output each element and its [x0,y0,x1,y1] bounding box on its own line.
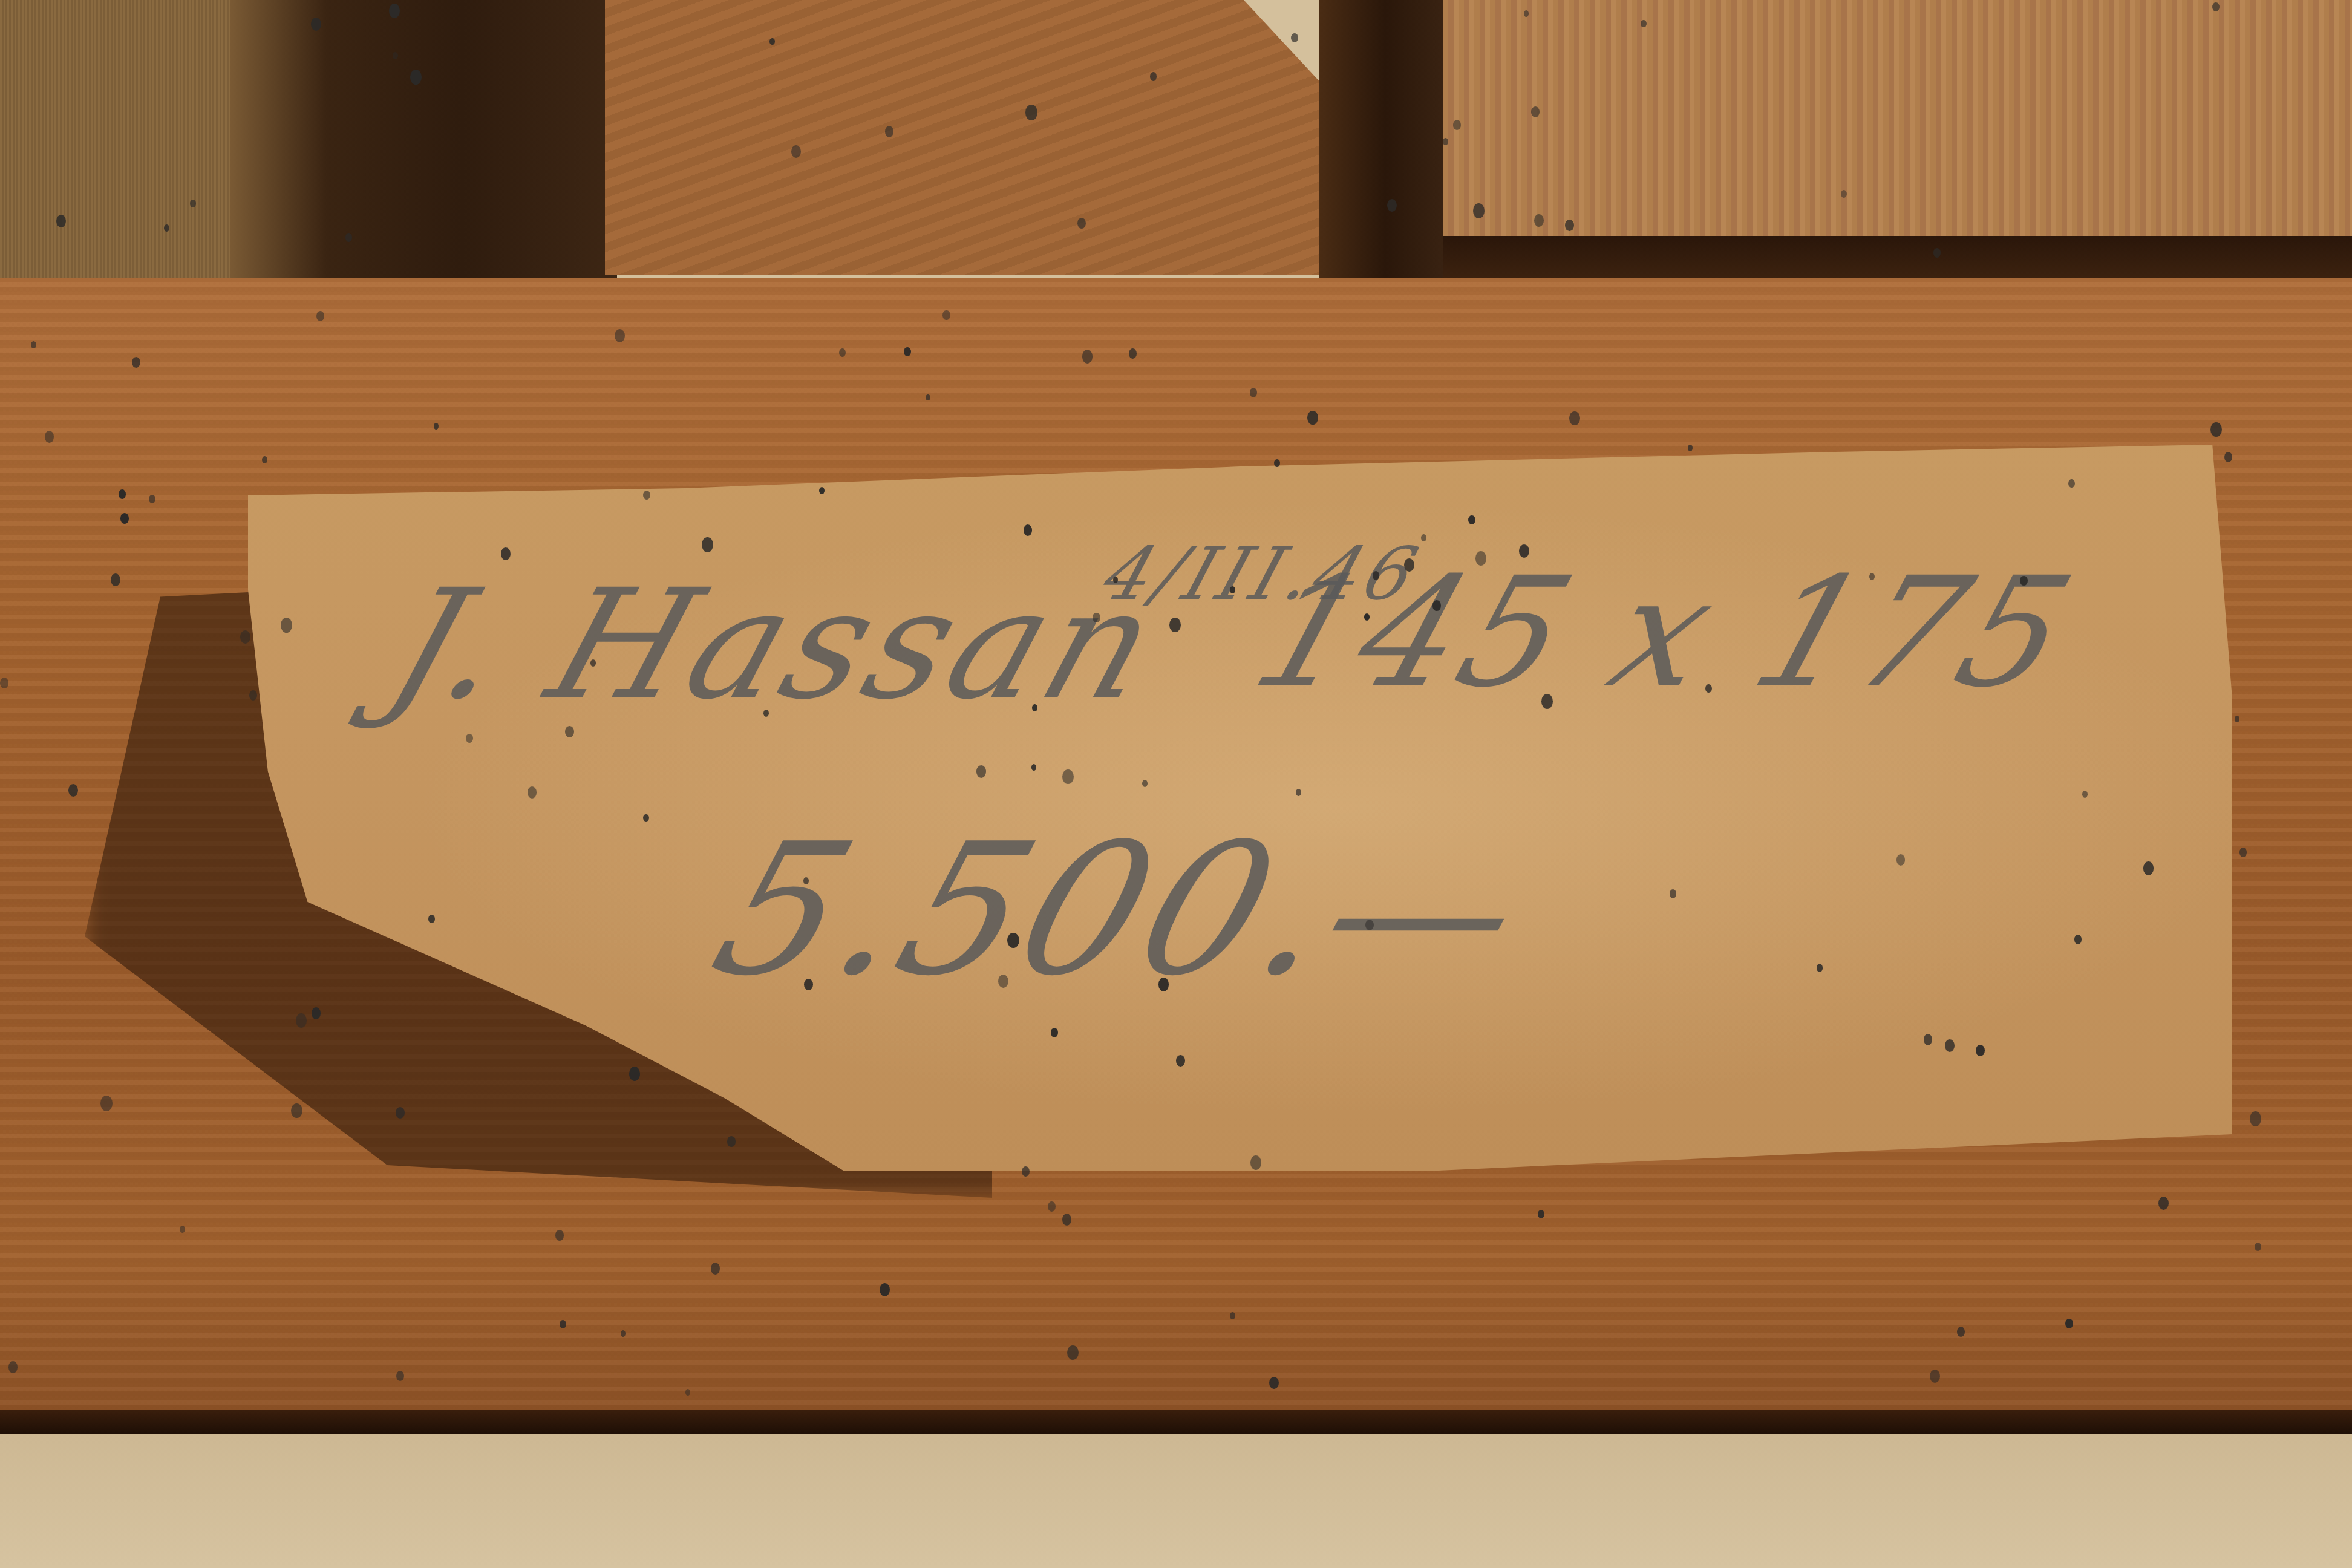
speck [1541,694,1553,709]
speck [132,357,140,368]
artist-name-text: J. Hassan [371,557,1181,733]
speck [1432,600,1441,611]
speck [1230,1312,1235,1319]
corner-key-block [605,0,1331,275]
speck [1670,889,1676,898]
speck [555,1230,564,1241]
stretcher-shadow [230,0,617,284]
speck [120,513,129,524]
speck [2158,1197,2169,1210]
speck [1032,704,1037,711]
speck [685,1389,690,1396]
speck [1062,1214,1071,1226]
speck [565,726,574,737]
speck [1933,248,1941,258]
speck [1569,411,1580,425]
speck [1365,920,1374,930]
speck [1534,214,1544,227]
speck [1473,203,1485,218]
speck [1250,388,1257,397]
speck [345,233,352,242]
speck [1093,613,1100,622]
speck [803,877,809,884]
speck [1443,138,1448,145]
speck [311,18,321,31]
price-text: 5.500.— [691,805,1553,1016]
speck [2255,1243,2261,1251]
speck [1453,120,1461,130]
speck [1705,684,1712,693]
speck [1307,411,1318,425]
speck [296,1013,307,1028]
speck [1475,551,1486,566]
speck [904,347,911,356]
speck [1113,577,1118,583]
speck [880,1283,890,1296]
speck [312,1007,321,1019]
speck [885,126,893,137]
speck [643,814,649,822]
speck [164,224,169,232]
speck [1150,72,1157,81]
speck [1565,220,1574,231]
speck [942,310,950,320]
speck [615,329,625,342]
speck [466,734,473,743]
speck [1468,515,1475,524]
speck [2239,848,2247,857]
speck [393,52,398,59]
speck [2210,422,2222,437]
speck [976,765,986,778]
speck [1291,33,1298,42]
speck [0,678,8,688]
speck [629,1067,640,1081]
speck [1269,1377,1279,1389]
speck [1817,964,1823,972]
speck [763,710,769,717]
speck [428,915,435,923]
speck [769,38,775,45]
speck [2020,576,2028,586]
speck [1007,933,1019,948]
speck [1067,1345,1079,1360]
speck [1841,190,1847,198]
speck [2082,791,2088,798]
speck [804,979,813,990]
speck [643,491,650,500]
speck [2065,1319,2073,1328]
speck [711,1263,720,1275]
speck [621,1330,626,1337]
speck [702,537,713,552]
speck [1274,459,1280,467]
speck [839,348,846,357]
speck [1158,978,1169,991]
speck [119,489,126,499]
speck [1538,1210,1544,1218]
speck [1169,618,1181,632]
wall-background [0,1434,2352,1568]
speck [149,495,155,503]
speck [111,573,120,586]
speck [2250,1111,2261,1126]
speck [1519,544,1529,558]
speck [1957,1327,1965,1337]
speck [180,1226,185,1233]
speck [1364,613,1370,621]
speck [819,487,825,494]
speck [1129,348,1137,359]
speck [590,659,596,667]
speck [2143,861,2154,875]
speck [396,1107,405,1119]
speck [1421,534,1426,541]
speck [389,4,400,18]
speck [1062,769,1074,784]
speck [1524,10,1529,17]
speck [1051,1028,1058,1037]
speck [1641,20,1647,27]
gap-shadow [1319,0,1452,278]
stretcher-bar-vertical [1443,0,2352,242]
speck [1077,218,1086,229]
speck [1031,764,1036,771]
speck [727,1136,736,1147]
speck [1869,573,1875,580]
speck [100,1096,113,1111]
speck [1924,1034,1932,1045]
speck [1531,106,1540,117]
frame-bar-edge [0,1410,2352,1434]
speck [2212,2,2220,11]
speck [560,1320,566,1328]
speck [190,200,196,207]
speck [249,690,257,701]
dimensions-text: 145 x 175 [1236,544,2096,720]
stretcher-bar-shadow [1443,236,2352,278]
speck [1250,1155,1261,1170]
speck [1025,105,1037,120]
speck [1082,350,1093,364]
speck [291,1103,302,1118]
speck [1976,1045,1985,1056]
